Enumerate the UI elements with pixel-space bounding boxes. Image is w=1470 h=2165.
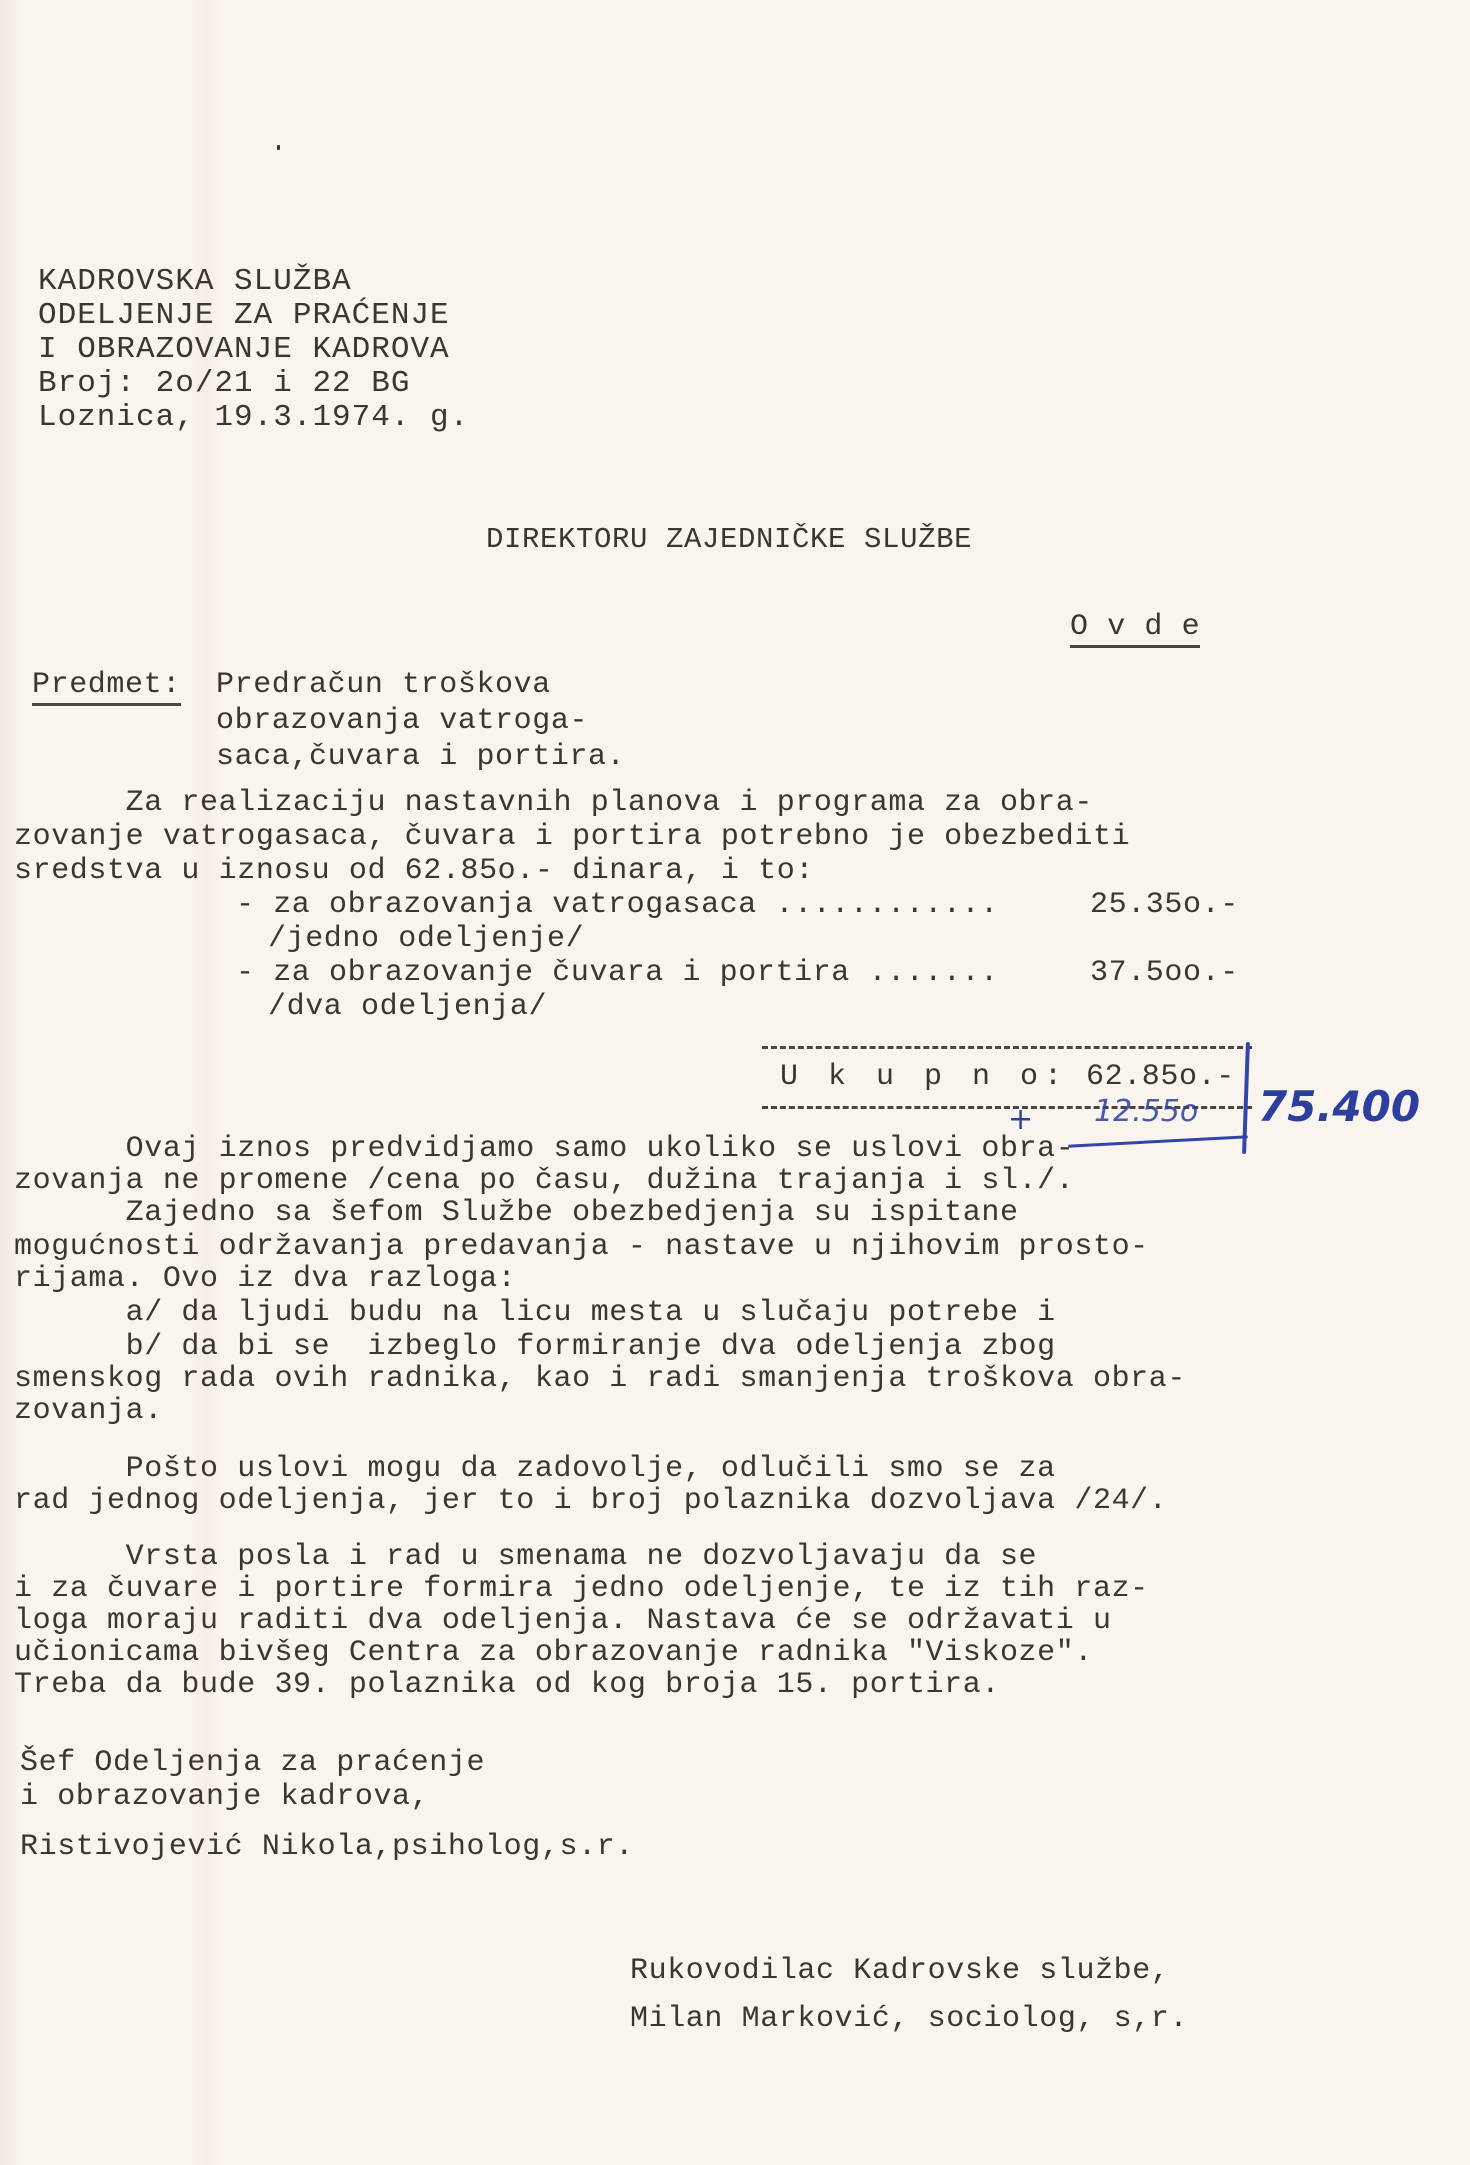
para2-line-7: b/ da bi se izbeglo formiranje dva odelj…: [14, 1332, 1056, 1363]
place-and-date: Loznica, 19.3.1974. g.: [38, 402, 469, 434]
handwritten-new-total: 75.400: [1258, 1082, 1420, 1131]
subject-label: Predmet:: [32, 670, 181, 706]
para4-line-5: Treba da bude 39. polaznika od kog broja…: [14, 1670, 1000, 1701]
para4-line-1: Vrsta posla i rad u smenama ne dozvoljav…: [14, 1542, 1037, 1573]
total-label: U k u p n o:: [780, 1062, 1068, 1093]
para2-line-3: Zajedno sa šefom Službe obezbedjenja su …: [14, 1198, 1019, 1229]
para3-line-1: Pošto uslovi mogu da zadovolje, odlučili…: [14, 1454, 1056, 1485]
sender-line-3: I OBRAZOVANJE KADROVA: [38, 334, 450, 366]
total-rule-top: [762, 1046, 1252, 1049]
recipient-location: O v d e: [1070, 612, 1200, 648]
sender-line-2: ODELJENJE ZA PRAĆENJE: [38, 300, 450, 332]
para4-line-3: loga moraju raditi dva odeljenja. Nastav…: [14, 1606, 1112, 1637]
cost-item-2-amount: 37.5oo.-: [1090, 958, 1239, 989]
subject-line-3: saca,čuvara i portira.: [216, 742, 625, 773]
para2-line-2: zovanja ne promene /cena po času, dužina…: [14, 1166, 1074, 1197]
para2-line-4: mogućnosti održavanja predavanja - nasta…: [14, 1232, 1149, 1263]
para4-line-4: učionicama bivšeg Centra za obrazovanje …: [14, 1638, 1093, 1669]
para2-line-5: rijama. Ovo iz dva razloga:: [14, 1264, 516, 1295]
para4-line-2: i za čuvare i portire formira jedno odel…: [14, 1574, 1149, 1605]
subject-line-2: obrazovanja vatroga-: [216, 706, 588, 737]
document-page: KADROVSKA SLUŽBA ODELJENJE ZA PRAĆENJE I…: [0, 0, 1470, 2165]
signature-left-title-1: Šef Odeljenja za praćenje: [20, 1748, 485, 1779]
para2-line-8: smenskog rada ovih radnika, kao i radi s…: [14, 1364, 1186, 1395]
intro-line-1: Za realizaciju nastavnih planova i progr…: [14, 788, 1093, 819]
cost-item-1-note: /jedno odeljenje/: [268, 924, 584, 955]
signature-right-name: Milan Marković, sociolog, s,r.: [630, 2004, 1188, 2035]
cost-item-1-label: - za obrazovanja vatrogasaca ...........…: [236, 890, 999, 921]
sender-line-1: KADROVSKA SLUŽBA: [38, 266, 352, 298]
intro-line-2: zovanje vatrogasaca, čuvara i portira po…: [14, 822, 1130, 853]
para2-line-9: zovanja.: [14, 1396, 163, 1427]
para3-line-2: rad jednog odeljenja, jer to i broj pola…: [14, 1486, 1167, 1517]
signature-left-name: Ristivojević Nikola,psiholog,s.r.: [20, 1832, 634, 1863]
signature-left-title-2: i obrazovanje kadrova,: [20, 1782, 429, 1813]
signature-right-title: Rukovodilac Kadrovske službe,: [630, 1956, 1170, 1987]
cost-item-2-label: - za obrazovanje čuvara i portira ......…: [236, 958, 999, 989]
ink-speck: [277, 145, 280, 150]
intro-line-3: sredstva u iznosu od 62.85o.- dinara, i …: [14, 856, 814, 887]
para2-line-6: a/ da ljudi budu na licu mesta u slučaju…: [14, 1298, 1056, 1329]
total-amount: 62.85o.-: [1086, 1062, 1235, 1093]
subject-line-1: Predračun troškova: [216, 670, 551, 701]
handwritten-underline: [1068, 1135, 1248, 1147]
para2-line-1: Ovaj iznos predvidjamo samo ukoliko se u…: [14, 1134, 1074, 1165]
cost-item-2-note: /dva odeljenja/: [268, 992, 547, 1023]
cost-item-1-amount: 25.35o.-: [1090, 890, 1239, 921]
handwritten-addition: 12.55o: [1094, 1094, 1198, 1129]
document-number: Broj: 2o/21 i 22 BG: [38, 368, 410, 400]
recipient-title: DIREKTORU ZAJEDNIČKE SLUŽBE: [486, 524, 972, 555]
